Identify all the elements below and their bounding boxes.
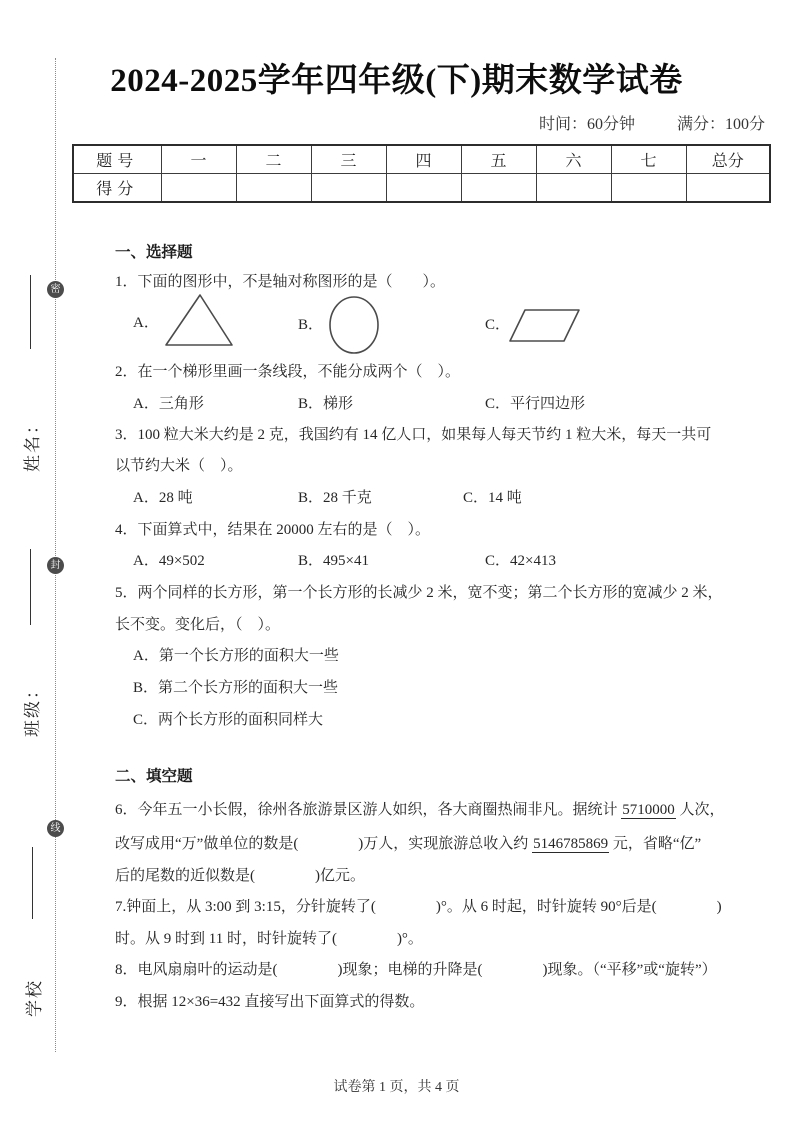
name-label: 姓名： [18,415,43,472]
score-col-header: 总分 [686,145,770,174]
q3-option-c: C．14 吨 [463,488,522,508]
q6-l2-pre: 改写成用“万”做单位的数是( )万人，实现旅游总收入约 [115,836,532,852]
q6-revenue-amount: 5146785869 [532,836,609,853]
score-input-cell [311,174,386,203]
question-9-text: 9．根据 12×36=432 直接写出下面算式的得数。 [115,992,424,1012]
question-8-text: 8．电风扇扇叶的运动是( )现象；电梯的升降是( )现象。（“平移”或“旋转”） [115,960,717,980]
school-field: 学校 [20,847,45,1017]
score-col-header: 一 [161,145,236,174]
q2-option-c: C．平行四边形 [485,394,585,414]
score-input-cell [161,174,236,203]
score-input-cell [386,174,461,203]
parallelogram-shape [508,308,582,344]
question-3-line1: 3．100 粒大米大约是 2 克，我国约有 14 亿人口，如果每人每天节约 1 … [115,425,711,445]
seal-dotted-line [55,58,56,1052]
q4-option-c: C．42×413 [485,551,556,571]
question-7-line2: 时。从 9 时到 11 时，时针旋转了( )°。 [115,929,423,949]
seal-mi-badge: 密 [47,281,64,298]
q1-option-c-label: C． [485,315,510,335]
question-1-text: 1．下面的图形中，不是轴对称图形的是（ ）。 [115,272,445,292]
class-field: 班级： [18,549,43,737]
question-3-line2: 以节约大米（ ）。 [115,456,243,476]
question-6-line3: 后的尾数的近似数是( )亿元。 [115,866,365,886]
q6-visitor-count: 5710000 [621,802,676,819]
exam-time: 时间：60分钟 [539,116,635,133]
class-label: 班级： [18,680,43,737]
question-6-line2: 改写成用“万”做单位的数是( )万人，实现旅游总收入约 5146785869 元… [115,834,701,854]
q6-l2-post: 元，省略“亿” [609,836,701,852]
seal-feng-badge: 封 [47,557,64,574]
q4-option-a: A．49×502 [133,551,205,571]
question-5-line1: 5．两个同样的长方形，第一个长方形的长减少 2 米，宽不变；第二个长方形的宽减少… [115,583,723,603]
score-input-cell [611,174,686,203]
q3-option-a: A．28 吨 [133,488,193,508]
q5-option-a: A．第一个长方形的面积大一些 [133,646,339,666]
q2-option-a: A．三角形 [133,394,204,414]
q4-option-b: B．495×41 [298,551,369,571]
q6-l1-pre: 6．今年五一小长假，徐州各旅游景区游人如织，各大商圈热闹非凡。据统计 [115,802,621,818]
exam-meta: 时间：60分钟 满分：100分 [539,111,765,134]
score-input-cell [686,174,770,203]
name-underline [30,275,31,349]
question-2-text: 2．在一个梯形里画一条线段，不能分成两个（ ）。 [115,362,460,382]
score-label-cell: 得分 [73,174,161,203]
question-4-text: 4．下面算式中，结果在 20000 左右的是（ ）。 [115,520,430,540]
page-indicator: 试卷第 1 页，共 4 页 [0,1076,793,1096]
score-col-header: 三 [311,145,386,174]
q3-option-b: B．28 千克 [298,488,372,508]
question-6-line1: 6．今年五一小长假，徐州各旅游景区游人如织，各大商圈热闹非凡。据统计 57100… [115,800,725,820]
score-col-header: 五 [461,145,536,174]
seal-xian-badge: 线 [47,820,64,837]
section-2-heading: 二、填空题 [115,767,193,787]
score-table-header-row: 题号 一 二 三 四 五 六 七 总分 [73,145,770,174]
q1-option-a-label: A． [133,313,159,333]
triangle-shape [160,291,238,349]
score-col-header: 四 [386,145,461,174]
score-table-score-row: 得分 [73,174,770,203]
class-underline [30,549,31,625]
section-1-heading: 一、选择题 [115,243,193,263]
score-col-header: 七 [611,145,686,174]
school-underline [32,847,33,919]
score-input-cell [536,174,611,203]
q6-l1-post: 人次， [676,802,725,818]
name-field: 姓名： [18,275,43,472]
q2-option-b: B．梯形 [298,394,353,414]
score-col-header: 二 [236,145,311,174]
score-col-header: 六 [536,145,611,174]
q1-option-b-label: B． [298,315,323,335]
page-title: 2024-2025学年四年级(下)期末数学试卷 [0,54,793,101]
circle-shape [326,294,382,356]
exam-full-score: 满分：100分 [677,116,765,133]
score-input-cell [461,174,536,203]
q5-option-c: C．两个长方形的面积同样大 [133,710,323,730]
score-table: 题号 一 二 三 四 五 六 七 总分 得分 [72,144,771,203]
question-7-line1: 7.钟面上，从 3:00 到 3:15，分针旋转了( )°。从 6 时起，时针旋… [115,897,722,917]
school-label: 学校 [20,979,45,1017]
q5-option-b: B．第二个长方形的面积大一些 [133,678,338,698]
question-5-line2: 长不变。变化后，（ ）。 [115,615,280,635]
qnum-label-cell: 题号 [73,145,161,174]
score-input-cell [236,174,311,203]
